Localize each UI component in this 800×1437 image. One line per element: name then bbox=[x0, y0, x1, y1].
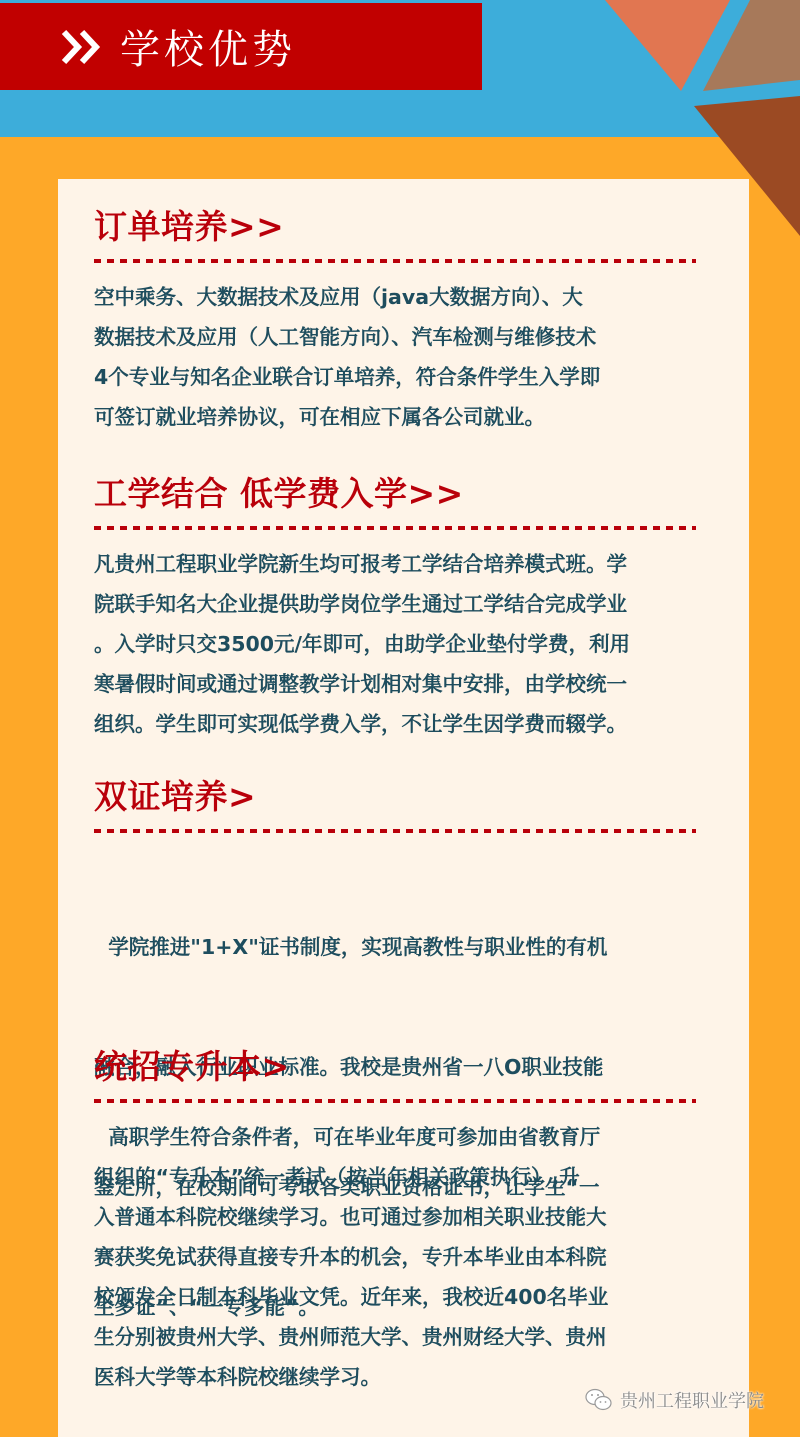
watermark-text: 贵州工程职业学院 bbox=[620, 1387, 764, 1413]
section-heading: 统招专升本> bbox=[94, 1047, 734, 1087]
dashed-divider bbox=[94, 1099, 696, 1103]
section-body: 凡贵州工程职业学院新生均可报考工学结合培养模式班。学 院联手知名大企业提供助学岗… bbox=[94, 544, 734, 744]
text-line: 数据技术及应用（人工智能方向）、汽车检测与维修技术 bbox=[94, 317, 734, 357]
text-line: 寒暑假时间或通过调整教学计划相对集中安排，由学校统一 bbox=[94, 664, 734, 704]
section-body: 空中乘务、大数据技术及应用（java大数据方向）、大 数据技术及应用（人工智能方… bbox=[94, 277, 734, 437]
text-line: 可签订就业培养协议，可在相应下属各公司就业。 bbox=[94, 397, 734, 437]
section-work-study: 工学结合 低学费入学>> 凡贵州工程职业学院新生均可报考工学结合培养模式班。学 … bbox=[94, 474, 734, 744]
text-line: 组织的“专升本”统一考试（按当年相关政策执行）,升 bbox=[94, 1157, 734, 1197]
section-order-training: 订单培养>> 空中乘务、大数据技术及应用（java大数据方向）、大 数据技术及应… bbox=[94, 207, 734, 437]
text-line: 4个专业与知名企业联合订单培养，符合条件学生入学即 bbox=[94, 357, 734, 397]
text-line: 高职学生符合条件者，可在毕业年度可参加由省教育厅 bbox=[94, 1117, 734, 1157]
text-line: 组织。学生即可实现低学费入学，不让学生因学费而辍学。 bbox=[94, 704, 734, 744]
text-line: 入普通本科院校继续学习。也可通过参加相关职业技能大 bbox=[94, 1197, 734, 1237]
header-title-bar: 学校优势 bbox=[0, 3, 482, 90]
dashed-divider bbox=[94, 259, 696, 263]
dashed-divider bbox=[94, 829, 696, 833]
section-upgrade-to-bachelor: 统招专升本> 高职学生符合条件者，可在毕业年度可参加由省教育厅 组织的“专升本”… bbox=[94, 1047, 734, 1397]
text-line: 。入学时只交3500元/年即可，由助学企业垫付学费，利用 bbox=[94, 624, 734, 664]
watermark: 贵州工程职业学院 bbox=[584, 1387, 764, 1413]
section-heading: 订单培养>> bbox=[94, 207, 734, 247]
text-line: 院联手知名大企业提供助学岗位学生通过工学结合完成学业 bbox=[94, 584, 734, 624]
text-line: 学院推进"1+X"证书制度，实现高教性与职业性的有机 bbox=[94, 927, 734, 967]
text-line: 赛获奖免试获得直接专升本的机会，专升本毕业由本科院 bbox=[94, 1237, 734, 1277]
section-body: 高职学生符合条件者，可在毕业年度可参加由省教育厅 组织的“专升本”统一考试（按当… bbox=[94, 1117, 734, 1397]
text-line: 生分别被贵州大学、贵州师范大学、贵州财经大学、贵州 bbox=[94, 1317, 734, 1357]
text-line: 凡贵州工程职业学院新生均可报考工学结合培养模式班。学 bbox=[94, 544, 734, 584]
wechat-icon bbox=[584, 1388, 614, 1412]
content-panel: 订单培养>> 空中乘务、大数据技术及应用（java大数据方向）、大 数据技术及应… bbox=[58, 179, 749, 1437]
double-chevron-icon bbox=[58, 27, 106, 67]
section-heading: 双证培养> bbox=[94, 777, 734, 817]
dashed-divider bbox=[94, 526, 696, 530]
text-line: 校颁发全日制本科毕业文凭。近年来，我校近400名毕业 bbox=[94, 1277, 734, 1317]
page-title: 学校优势 bbox=[120, 18, 296, 75]
text-line: 空中乘务、大数据技术及应用（java大数据方向）、大 bbox=[94, 277, 734, 317]
section-heading: 工学结合 低学费入学>> bbox=[94, 474, 734, 514]
